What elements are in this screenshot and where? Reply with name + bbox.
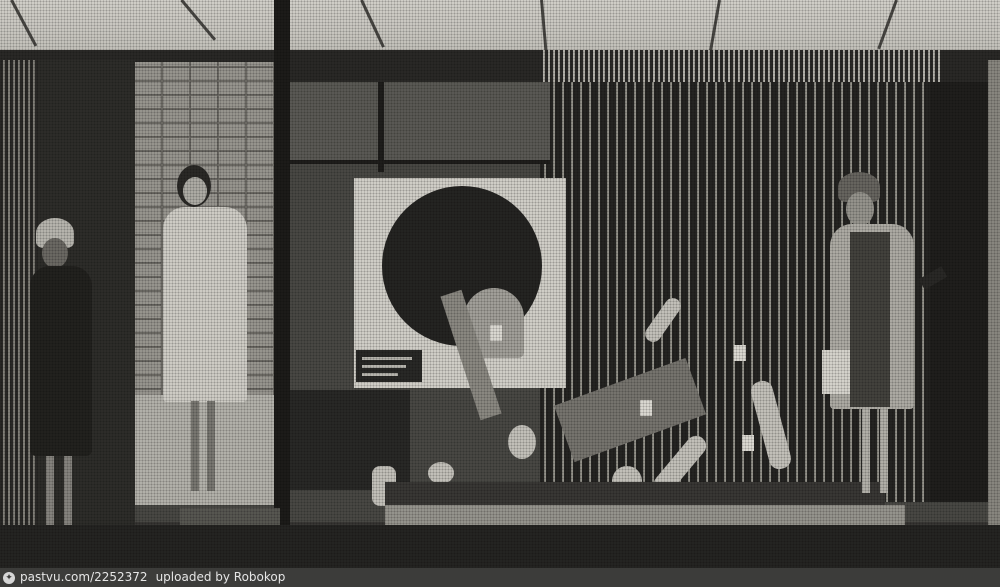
dark-dress [850, 232, 890, 407]
mannequin-white-coat [155, 165, 255, 505]
right-window-frame [988, 60, 1000, 530]
leg [64, 456, 72, 536]
canopy-strut [540, 0, 548, 52]
watermark-caption-bar: ✦ pastvu.com/2252372 uploaded by Robokop [0, 568, 1000, 587]
plinth-top [385, 505, 905, 527]
leg [207, 401, 215, 491]
leg [191, 401, 199, 491]
price-tag [640, 400, 652, 416]
window-pillar [274, 0, 290, 540]
frame-bar [290, 160, 550, 164]
caption-uploader: uploaded by Robokop [156, 568, 286, 587]
handbag [822, 350, 850, 394]
canopy-strut [10, 0, 37, 47]
canopy-strut [180, 0, 216, 41]
caption-source-link[interactable]: pastvu.com/2252372 [20, 568, 148, 587]
poster-label [356, 350, 422, 382]
canopy-ceiling [0, 0, 1000, 52]
mannequin-left-hat [22, 218, 112, 538]
head [846, 192, 874, 226]
canopy-strut [877, 0, 898, 49]
upper-window-frame [290, 82, 550, 162]
price-tag [734, 345, 746, 361]
price-tag [490, 325, 502, 341]
price-tag [742, 435, 754, 451]
face [183, 177, 207, 205]
leg [862, 408, 870, 493]
ball-prop [508, 425, 536, 459]
canopy-strut [709, 0, 721, 51]
shop-window-photo [0, 0, 1000, 568]
window-base [0, 525, 1000, 568]
leg [880, 408, 888, 493]
pastvu-logo-icon: ✦ [3, 572, 15, 584]
frame-bar [378, 82, 384, 172]
fascia-grille [540, 50, 940, 82]
leg [46, 456, 54, 536]
glove [919, 266, 948, 289]
white-coat [163, 207, 247, 402]
mannequin-right-hat [828, 172, 948, 502]
dark-coat [30, 266, 92, 456]
ball-prop [428, 462, 454, 484]
head [42, 238, 68, 268]
canopy-strut [360, 0, 385, 48]
